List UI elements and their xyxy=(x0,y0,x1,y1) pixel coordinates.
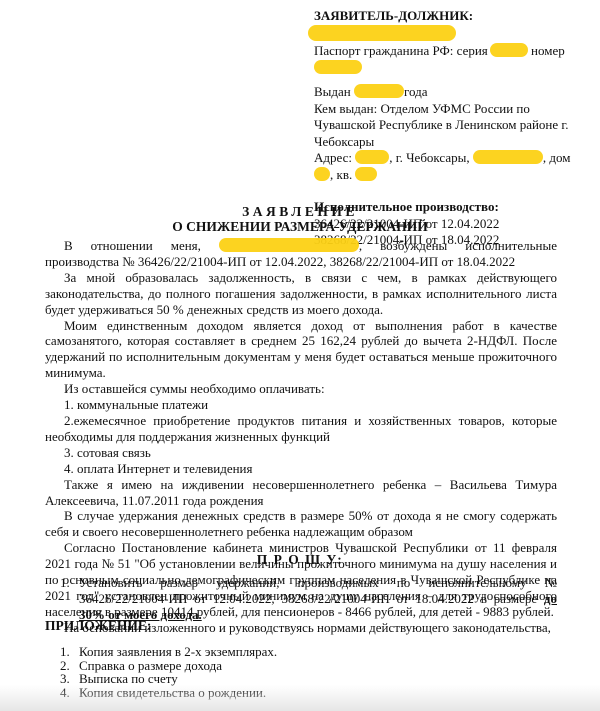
redaction-highlight xyxy=(490,43,528,57)
page-bottom-shadow xyxy=(0,685,600,711)
redaction-highlight xyxy=(355,150,389,164)
issued-by-line-2: Чувашской Республике в Ленинском районе … xyxy=(314,117,584,134)
issued-by-line-3: Чебоксары xyxy=(314,134,584,151)
redaction-highlight xyxy=(473,150,543,164)
request-heading: П Р О Ш У: xyxy=(0,552,600,568)
passport-line: Паспорт гражданина РФ: серия номер xyxy=(314,43,584,60)
address-line: Адрес: , г. Чебоксары, , дом xyxy=(314,150,584,167)
document-title: ЗАЯВЛЕНИЕ xyxy=(0,204,600,220)
request-item-text: Установить размер удержаний, производимы… xyxy=(79,575,557,606)
redaction-highlight xyxy=(308,25,456,41)
applicant-label: ЗАЯВИТЕЛЬ-ДОЛЖНИК: xyxy=(314,8,584,25)
issued-date-line: Выдан года xyxy=(314,84,584,101)
attachment-item: 1. Копия заявления в 2-х экземплярах. xyxy=(60,645,277,659)
paragraph-3: Моим единственным доходом является доход… xyxy=(45,318,557,382)
attachment-item: 2. Справка о размере дохода xyxy=(60,659,277,673)
redaction-highlight xyxy=(314,60,362,74)
expense-item: 1. коммунальные платежи xyxy=(45,397,557,413)
expense-item: 2.ежемесячное приобретение продуктов пит… xyxy=(45,413,557,445)
attachments-heading: ПРИЛОЖЕНИЕ: xyxy=(45,618,151,634)
address-line-2: , кв. xyxy=(314,167,584,184)
redaction-highlight xyxy=(314,167,330,181)
redaction-highlight xyxy=(219,238,359,252)
paragraph-2: За мной образовалась задолженность, в св… xyxy=(45,270,557,318)
passport-number-redacted xyxy=(314,60,584,77)
issued-by-line-1: Кем выдан: Отделом УФМС России по xyxy=(314,101,584,118)
request-item-number: 1. xyxy=(60,575,70,591)
document-subtitle: О СНИЖЕНИИ РАЗМЕРА УДЕРЖАНИЙ xyxy=(0,219,600,235)
redaction-highlight xyxy=(354,84,404,98)
paragraph-6: В случае удержания денежных средств в ра… xyxy=(45,508,557,540)
paragraph-5: Также я имею на иждивении несовершенноле… xyxy=(45,477,557,509)
attachment-item: 3. Выписка по счету xyxy=(60,672,277,686)
redaction-highlight xyxy=(355,167,377,181)
request-item: 1. Установить размер удержаний, производ… xyxy=(60,575,557,623)
paragraph-1: В отношении меня, , возбуждены исполните… xyxy=(45,238,557,270)
expense-item: 4. оплата Интернет и телевидения xyxy=(45,461,557,477)
applicant-name-redacted xyxy=(314,25,584,44)
expense-item: 3. сотовая связь xyxy=(45,445,557,461)
paragraph-4: Из оставшейся суммы необходимо оплачиват… xyxy=(45,381,557,397)
